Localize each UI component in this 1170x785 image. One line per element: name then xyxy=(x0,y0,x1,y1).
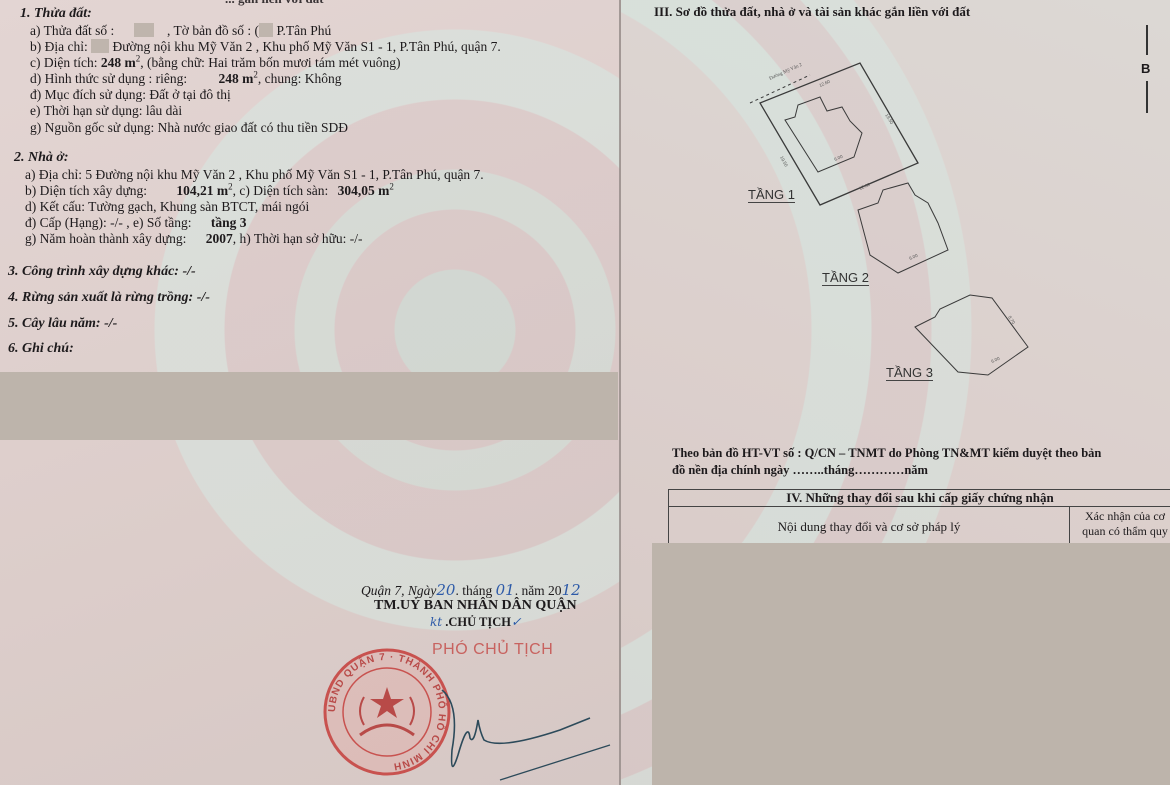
redacted-changes-content xyxy=(652,543,1170,785)
official-seal-icon: UBND QUẬN 7 · THÀNH PHỐ HỒ CHÍ MINH xyxy=(320,645,455,780)
floor-label-2: TẦNG 2 xyxy=(822,271,869,286)
address-value: Đường nội khu Mỹ Văn 2 , Khu phố Mỹ Văn … xyxy=(112,39,500,54)
svg-text:Đường Mỹ Văn 2: Đường Mỹ Văn 2 xyxy=(769,63,804,82)
signature-icon xyxy=(440,660,620,785)
svg-text:6.00: 6.00 xyxy=(990,356,1000,364)
section5-perennial-trees: 5. Cây lâu năm: -/- xyxy=(8,316,117,332)
signer-role-line: kt .CHỦ TỊCH✓ xyxy=(430,614,521,630)
structure: d) Kết cấu: Tường gạch, Khung sàn BTCT, … xyxy=(25,199,309,215)
completion-line: g) Năm hoàn thành xây dựng: 2007, h) Thờ… xyxy=(25,231,363,247)
svg-text:6.00: 6.00 xyxy=(833,154,843,162)
map-note-line-2: đồ nền địa chính ngày ……..tháng…………năm xyxy=(672,462,1101,479)
confirmation-line-2: quan có thẩm quy xyxy=(1070,524,1170,539)
issue-month: 01 xyxy=(496,581,515,599)
house-area-line: b) Diện tích xây dựng: 104,21 m2, c) Diệ… xyxy=(25,183,394,199)
floor-area-label: , c) Diện tích sàn: xyxy=(233,183,329,198)
section3-other-constructions: 3. Công trình xây dựng khác: -/- xyxy=(8,264,196,280)
changes-col-confirmation: Xác nhận của cơ quan có thẩm quy xyxy=(1070,509,1170,539)
redacted-parcel-number xyxy=(134,23,154,37)
issue-date-line: Quận 7, Ngày20. tháng 01. năm 2012 xyxy=(361,582,581,599)
section3-plot-diagram-title: III. Sơ đồ thửa đất, nhà ở và tài sản kh… xyxy=(654,4,970,20)
completion-label: g) Năm hoàn thành xây dựng: xyxy=(25,231,186,246)
north-arrow: B xyxy=(1140,25,1154,115)
cadastral-map-note: Theo bản đồ HT-VT số : Q/CN – TNMT do Ph… xyxy=(672,445,1101,479)
issuing-authority: TM.UỶ BAN NHÂN DÂN QUẬN xyxy=(374,598,577,614)
svg-text:12.60: 12.60 xyxy=(858,182,871,191)
area-value: 248 m xyxy=(101,55,136,70)
usage-form-label: d) Hình thức sử dụng : riêng: xyxy=(30,71,187,86)
private-area-value: 248 m xyxy=(219,71,254,86)
issue-year-suffix: 12 xyxy=(562,581,581,599)
signer-role: .CHỦ TỊCH xyxy=(445,615,511,629)
floor-label-1: TẦNG 1 xyxy=(748,188,795,203)
svg-text:6.00: 6.00 xyxy=(908,253,918,261)
section2-heading: 2. Nhà ở: xyxy=(14,150,69,166)
year-label: . năm 20 xyxy=(515,583,562,598)
redacted-notes xyxy=(0,372,618,440)
svg-text:19.50: 19.50 xyxy=(884,113,894,126)
grade-label: đ) Cấp (Hạng): -/- , e) Số tầng: xyxy=(25,215,191,230)
changes-table-title: IV. Những thay đổi sau khi cấp giấy chứn… xyxy=(669,490,1170,507)
issue-place: Quận 7, Ngày xyxy=(361,583,436,598)
usage-term: e) Thời hạn sử dụng: lâu dài xyxy=(30,103,182,119)
floor-label-3: TẦNG 3 xyxy=(886,366,933,381)
top-cut-text: ... gắn liền với đất xyxy=(225,0,324,7)
handwritten-initials: kt xyxy=(430,615,442,629)
floor-count: tầng 3 xyxy=(211,215,247,230)
floor-area-value: 304,05 m xyxy=(338,183,390,198)
map-note-line-1: Theo bản đồ HT-VT số : Q/CN – TNMT do Ph… xyxy=(672,445,1101,462)
ownership-term: , h) Thời hạn sở hữu: -/- xyxy=(233,231,363,246)
completion-year: 2007 xyxy=(206,231,233,246)
floor-area-sup: 2 xyxy=(389,182,394,192)
parcel-number-label: a) Thửa đất số : xyxy=(30,23,114,38)
section4-forest: 4. Rừng sản xuất là rừng trồng: -/- xyxy=(8,290,210,306)
north-label: B xyxy=(1141,61,1150,76)
checkmark-icon: ✓ xyxy=(511,614,521,629)
redacted-map-sheet xyxy=(259,23,273,37)
ward-name: P.Tân Phú xyxy=(276,23,331,38)
grade-floors-line: đ) Cấp (Hạng): -/- , e) Số tầng: tầng 3 xyxy=(25,215,246,231)
house-address: a) Địa chỉ: 5 Đường nội khu Mỹ Văn 2 , K… xyxy=(25,167,484,183)
area-words: , (bằng chữ: Hai trăm bốn mươi tám mét v… xyxy=(140,55,400,70)
parcel-number-line: a) Thửa đất số : , Tờ bản đồ số : ( P.Tâ… xyxy=(30,23,331,39)
usage-form-line: d) Hình thức sử dụng : riêng: 248 m2, ch… xyxy=(30,71,342,87)
changes-col-content: Nội dung thay đổi và cơ sở pháp lý xyxy=(669,507,1070,547)
area-label: c) Diện tích: xyxy=(30,55,97,70)
floor-plan-diagram: Đường Mỹ Văn 2 12.60 19.50 12.60 19.50 6… xyxy=(730,45,1050,395)
redacted-house-number xyxy=(91,39,109,53)
map-sheet-label: , Tờ bản đồ số : ( xyxy=(167,23,259,38)
issue-day: 20 xyxy=(436,581,455,599)
confirmation-line-1: Xác nhận của cơ xyxy=(1070,509,1170,524)
section1-heading: 1. Thửa đất: xyxy=(20,6,92,22)
north-arrow-top-line xyxy=(1146,25,1148,55)
construction-area-value: 104,21 m xyxy=(176,183,228,198)
changes-table: IV. Những thay đổi sau khi cấp giấy chứn… xyxy=(668,489,1170,550)
shared-area: , chung: Không xyxy=(258,71,342,86)
parcel-address-line: b) Địa chỉ: Đường nội khu Mỹ Văn 2 , Khu… xyxy=(30,39,501,55)
construction-area-label: b) Diện tích xây dựng: xyxy=(25,183,147,198)
svg-text:19.50: 19.50 xyxy=(779,155,789,168)
address-label: b) Địa chỉ: xyxy=(30,39,88,54)
north-arrow-bottom-line xyxy=(1146,81,1148,113)
usage-purpose: đ) Mục đích sử dụng: Đất ở tại đô thị xyxy=(30,87,231,103)
svg-text:12.60: 12.60 xyxy=(818,79,831,88)
section6-notes: 6. Ghi chú: xyxy=(8,341,74,357)
month-label: . tháng xyxy=(455,583,492,598)
parcel-area-line: c) Diện tích: 248 m2, (bằng chữ: Hai tră… xyxy=(30,55,400,71)
usage-origin: g) Nguồn gốc sử dụng: Nhà nước giao đất … xyxy=(30,120,348,136)
